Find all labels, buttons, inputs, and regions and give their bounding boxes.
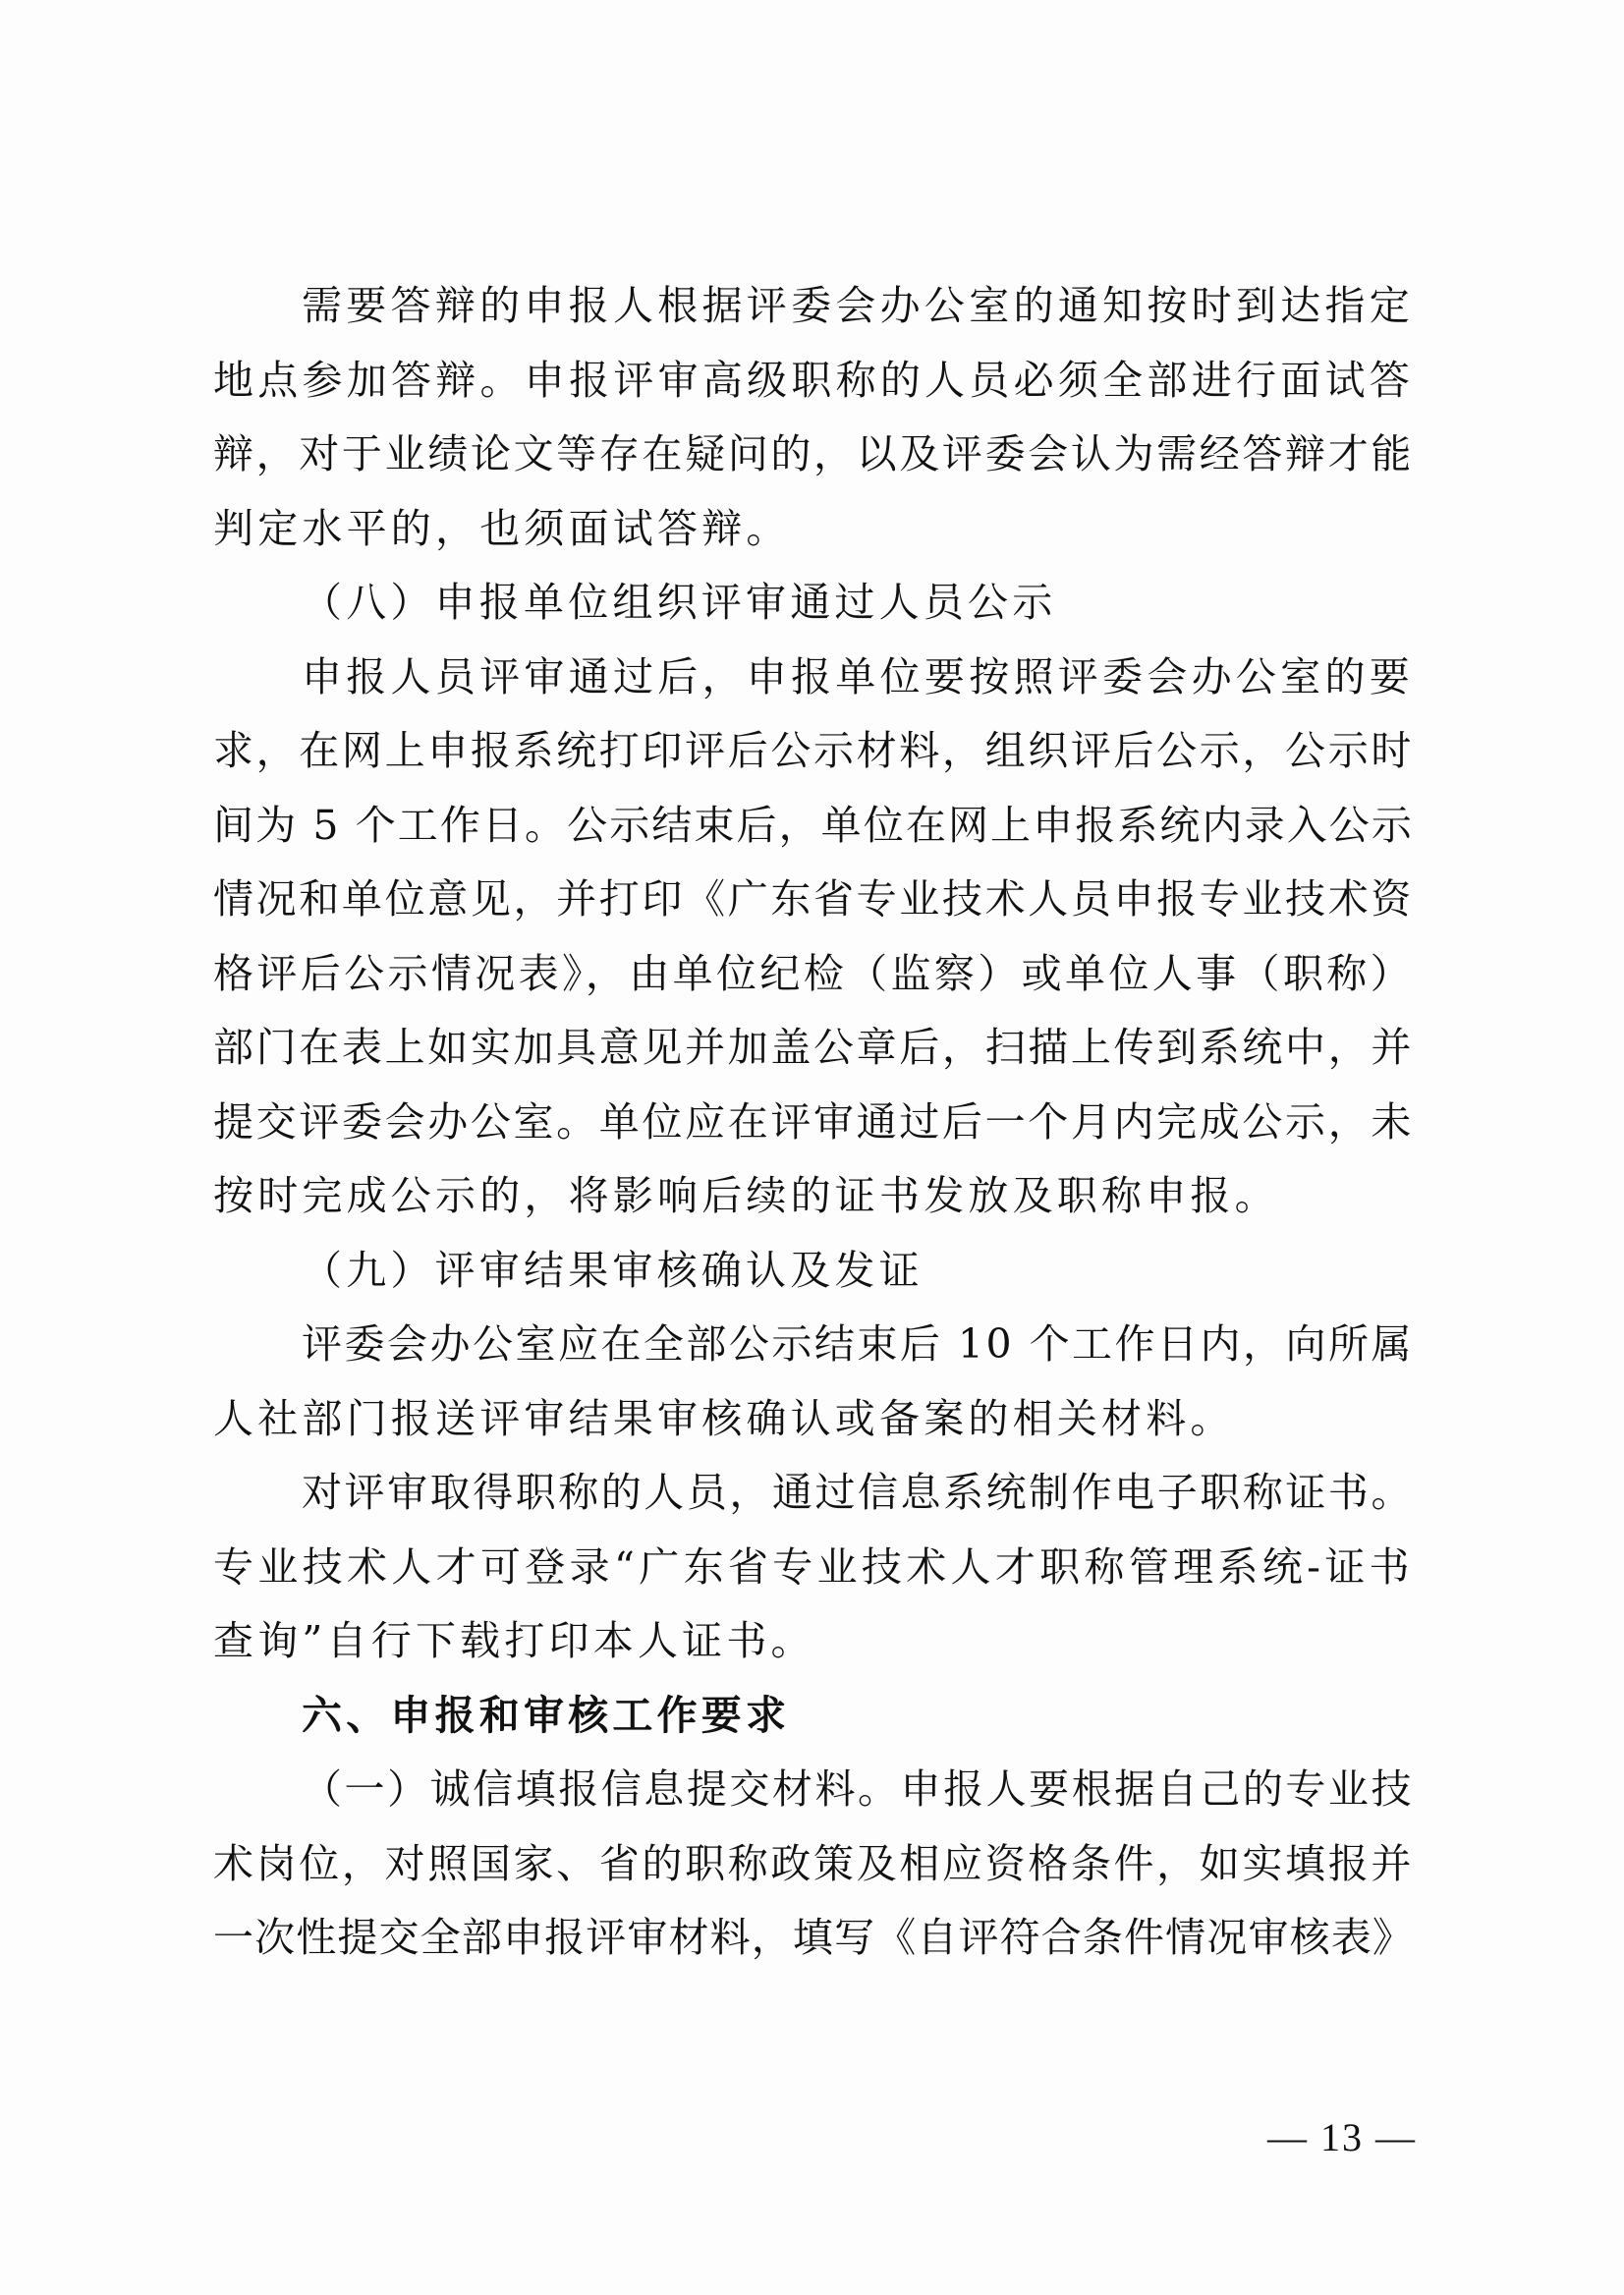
paragraph-line: 部门在表上如实加具意见并加盖公章后，扫描上传到系统中，并 [213, 1011, 1414, 1086]
paragraph-line: 一次性提交全部申报评审材料，填写《自评符合条件情况审核表》 [213, 1901, 1414, 1976]
document-page: 需要答辩的申报人根据评委会办公室的通知按时到达指定 地点参加答辩。申报评审高级职… [0, 0, 1624, 2295]
paragraph-line: 提交评委会办公室。单位应在评审通过后一个月内完成公示，未 [213, 1086, 1414, 1160]
paragraph-line: 专业技术人才可登录“广东省专业技术人才职称管理系统-证书 [213, 1531, 1414, 1605]
paragraph-line: 按时完成公示的，将影响后续的证书发放及职称申报。 [213, 1159, 1414, 1234]
paragraph-line: 申报人员评审通过后，申报单位要按照评委会办公室的要 [213, 641, 1414, 715]
paragraph-line: 评委会办公室应在全部公示结束后 10 个工作日内，向所属 [213, 1308, 1414, 1382]
paragraph-line: 术岗位，对照国家、省的职称政策及相应资格条件，如实填报并 [213, 1827, 1414, 1902]
section-heading-6: 六、申报和审核工作要求 [213, 1679, 1414, 1754]
paragraph-line: 情况和单位意见，并打印《广东省专业技术人员申报专业技术资 [213, 863, 1414, 937]
paragraph-line: 间为 5 个工作日。公示结束后，单位在网上申报系统内录入公示 [213, 789, 1414, 864]
subheading-9: （九）评审结果审核确认及发证 [213, 1234, 1414, 1309]
paragraph-line: 地点参加答辩。申报评审高级职称的人员必须全部进行面试答 [213, 344, 1414, 419]
paragraph-line: 查询”自行下载打印本人证书。 [213, 1604, 1414, 1679]
paragraph-line: （一）诚信填报信息提交材料。申报人要根据自己的专业技 [213, 1753, 1414, 1827]
paragraph-line: 求，在网上申报系统打印评后公示材料，组织评后公示，公示时 [213, 714, 1414, 789]
paragraph-line: 对评审取得职称的人员，通过信息系统制作电子职称证书。 [213, 1456, 1414, 1531]
paragraph-line: 格评后公示情况表》，由单位纪检（监察）或单位人事（职称） [213, 937, 1414, 1012]
page-number: — 13 — [1254, 2114, 1430, 2160]
body-text: 需要答辩的申报人根据评委会办公室的通知按时到达指定 地点参加答辩。申报评审高级职… [213, 269, 1414, 1976]
subheading-8: （八）申报单位组织评审通过人员公示 [213, 566, 1414, 641]
paragraph-line: 人社部门报送评审结果审核确认或备案的相关材料。 [213, 1382, 1414, 1457]
paragraph-line: 辩，对于业绩论文等存在疑问的，以及评委会认为需经答辩才能 [213, 418, 1414, 492]
paragraph-line: 需要答辩的申报人根据评委会办公室的通知按时到达指定 [213, 269, 1414, 344]
paragraph-line: 判定水平的，也须面试答辩。 [213, 492, 1414, 567]
